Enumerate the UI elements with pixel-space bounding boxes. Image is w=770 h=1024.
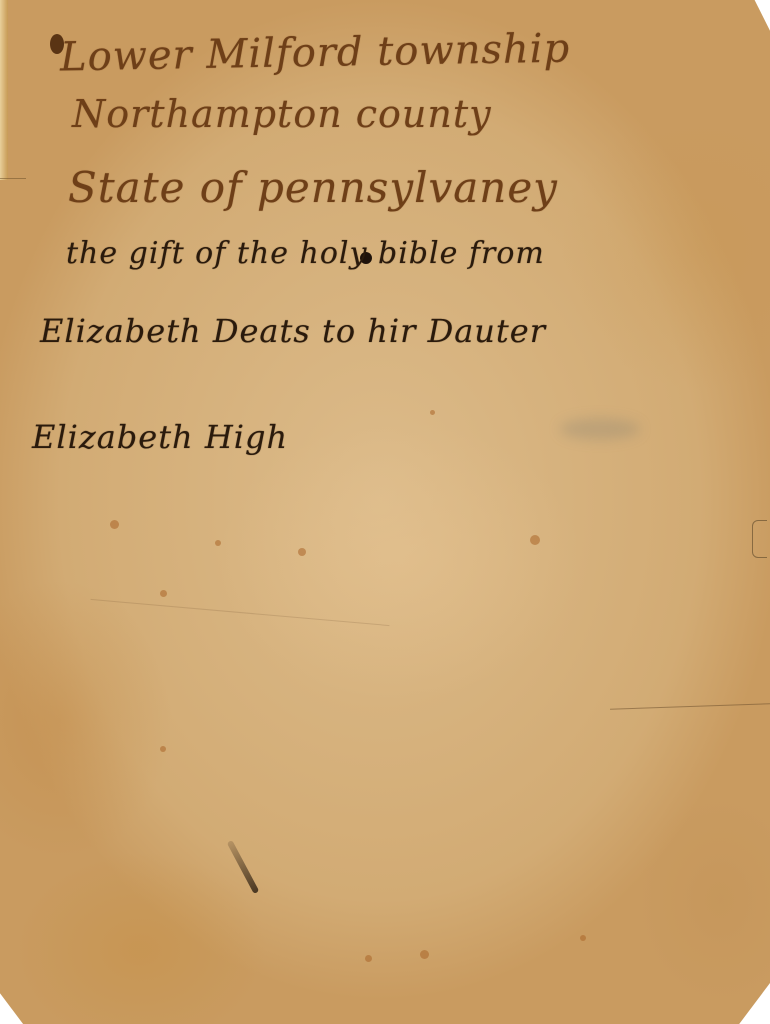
paper-crease bbox=[91, 599, 390, 626]
inscription-line-recipient: Elizabeth High bbox=[32, 418, 288, 456]
inscription-line-state: State of pennsylvaney bbox=[68, 163, 558, 212]
foxing-spot bbox=[160, 746, 166, 752]
foxing-spot bbox=[530, 535, 540, 545]
paper-crease bbox=[610, 703, 770, 710]
inscription-line-gift: the gift of the holy bible from bbox=[66, 236, 545, 271]
ink-streak bbox=[227, 840, 260, 894]
foxing-spot bbox=[430, 410, 435, 415]
inscription-line-township: Lower Milford township bbox=[60, 26, 571, 81]
foxing-spot bbox=[298, 548, 306, 556]
foxing-spot bbox=[365, 955, 372, 962]
foxing-spot bbox=[215, 540, 221, 546]
foxing-spot bbox=[160, 590, 167, 597]
gray-smudge bbox=[560, 418, 640, 440]
foxing-spot bbox=[110, 520, 119, 529]
binding-edge bbox=[0, 0, 8, 180]
inscription-line-county: Northampton county bbox=[72, 92, 492, 136]
document-page: Lower Milford township Northampton count… bbox=[0, 0, 770, 1024]
foxing-spot bbox=[580, 935, 586, 941]
foxing-spot bbox=[420, 950, 429, 959]
fold-line bbox=[0, 178, 26, 179]
inscription-line-giver: Elizabeth Deats to hir Dauter bbox=[40, 312, 546, 350]
edge-tab-mark bbox=[752, 520, 767, 558]
